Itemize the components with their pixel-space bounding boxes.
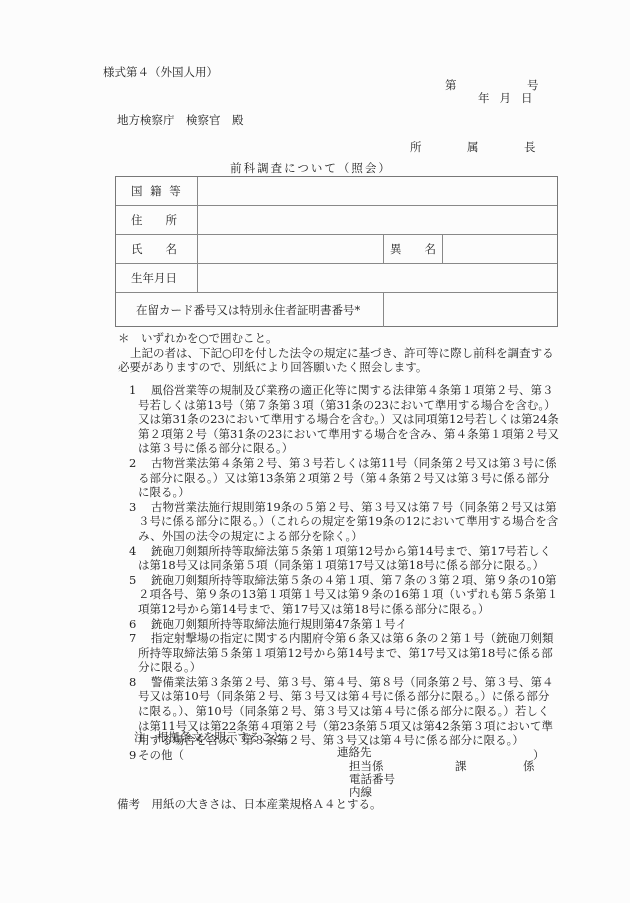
card-number-field[interactable]: [384, 293, 558, 327]
address-field[interactable]: [198, 206, 558, 234]
item-number: 8: [129, 675, 136, 690]
item-number: 7: [129, 631, 136, 646]
nationality-label: 国 籍 等: [131, 184, 183, 198]
list-item[interactable]: 6銃砲刀剣類所持等取締法施行規則第47条第１号イ: [129, 617, 559, 632]
date-year: 年: [478, 91, 490, 105]
birthdate-field[interactable]: [198, 264, 558, 292]
name-label: 氏 名: [131, 242, 177, 256]
contact-unit: 係: [523, 759, 535, 773]
item-text: 銃砲刀剣類所持等取締法第５条第１項第12号から第14号まで、第17号若しくは第1…: [138, 544, 559, 573]
card-number-label: 在留カード番号又は特別永住者証明書番号*: [136, 303, 360, 317]
contact-heading: 連絡先: [337, 745, 372, 759]
nationality-field[interactable]: [198, 177, 558, 205]
alias-field[interactable]: [443, 235, 558, 263]
page-title: 前科調査について（照会）: [0, 161, 630, 175]
footnote: ＊ いずれかを○で囲むこと。: [118, 331, 278, 345]
date-month: 月: [500, 91, 512, 105]
item-text: 古物営業法第４条第２号、第３号若しくは第11号（同条第２号又は第３号に係る部分に…: [138, 456, 559, 500]
list-item[interactable]: 7指定射撃場の指定に関する内閣府令第６条又は第６条の２第１号（銃砲刀剣類所持等取…: [129, 631, 559, 675]
birthdate-label: 生年月日: [131, 271, 177, 285]
item-text: その他（: [138, 748, 184, 762]
address-label: 住 所: [131, 213, 177, 227]
contact-section: 課: [455, 759, 467, 773]
document-date: 年月日: [478, 91, 533, 105]
note: 注 根拠条文を明示すること。: [134, 730, 295, 744]
remark: 備考 用紙の大きさは、日本産業規格Ａ４とする。: [117, 797, 382, 811]
subject-info-table: 国 籍 等 住 所 氏 名 異 名 生年月日 在留カード番号又は特別永住者証明書…: [115, 176, 558, 327]
item-text: 銃砲刀剣類所持等取締法第５条の４第１項、第７条の３第２項、第９条の10第２項各号…: [138, 573, 559, 617]
item-number: 4: [129, 544, 136, 559]
list-item[interactable]: 5銃砲刀剣類所持等取締法第５条の４第１項、第７条の３第２項、第９条の10第２項各…: [129, 573, 559, 617]
item-number: 9: [129, 748, 136, 763]
body-text: 上記の者は、下記○印を付した法令の規定に基づき、許可等に際し前科を調査する必要が…: [118, 346, 558, 374]
form-id: 様式第４（外国人用）: [103, 65, 218, 79]
sender-char-2: 属: [467, 140, 479, 154]
name-field[interactable]: [198, 235, 383, 263]
number-prefix: 第: [445, 78, 457, 92]
number-suffix: 号: [527, 78, 539, 92]
item-text: 風俗営業等の規制及び業務の適正化等に関する法律第４条第１項第２号、第３号若しくは…: [138, 383, 559, 456]
item-number: 1: [129, 383, 136, 398]
contact-phone: 電話番号: [349, 772, 395, 786]
item-text: 古物営業法施行規則第19条の５第２号、第３号又は第７号（同条第２号又は第３号に係…: [138, 500, 559, 544]
item-text: 銃砲刀剣類所持等取締法施行規則第47条第１号イ: [138, 617, 559, 632]
sender-char-1: 所: [410, 140, 422, 154]
item-number: 5: [129, 573, 136, 588]
date-day: 日: [521, 91, 533, 105]
item-number: 3: [129, 500, 136, 515]
document-number: 第 号: [445, 78, 457, 92]
list-item[interactable]: 4銃砲刀剣類所持等取締法第５条第１項第12号から第14号まで、第17号若しくは第…: [129, 544, 559, 573]
alias-label: 異 名: [390, 242, 436, 256]
item-text: 指定射撃場の指定に関する内閣府令第６条又は第６条の２第１号（銃砲刀剣類所持等取締…: [138, 631, 559, 675]
contact-person: 担当係: [349, 759, 384, 773]
addressee: 地方検察庁 検察官 殿: [117, 113, 244, 127]
law-list: 1風俗営業等の規制及び業務の適正化等に関する法律第４条第１項第２号、第３号若しく…: [129, 383, 559, 762]
title-text: 前科調査について（照会）: [230, 161, 392, 175]
list-item[interactable]: 3古物営業法施行規則第19条の５第２号、第３号又は第７号（同条第２号又は第３号に…: [129, 500, 559, 544]
item-number: 2: [129, 456, 136, 471]
list-item[interactable]: 1風俗営業等の規制及び業務の適正化等に関する法律第４条第１項第２号、第３号若しく…: [129, 383, 559, 456]
list-item[interactable]: 2古物営業法第４条第２号、第３号若しくは第11号（同条第２号又は第３号に係る部分…: [129, 456, 559, 500]
sender-char-3: 長: [524, 140, 536, 154]
item-number: 6: [129, 617, 136, 632]
